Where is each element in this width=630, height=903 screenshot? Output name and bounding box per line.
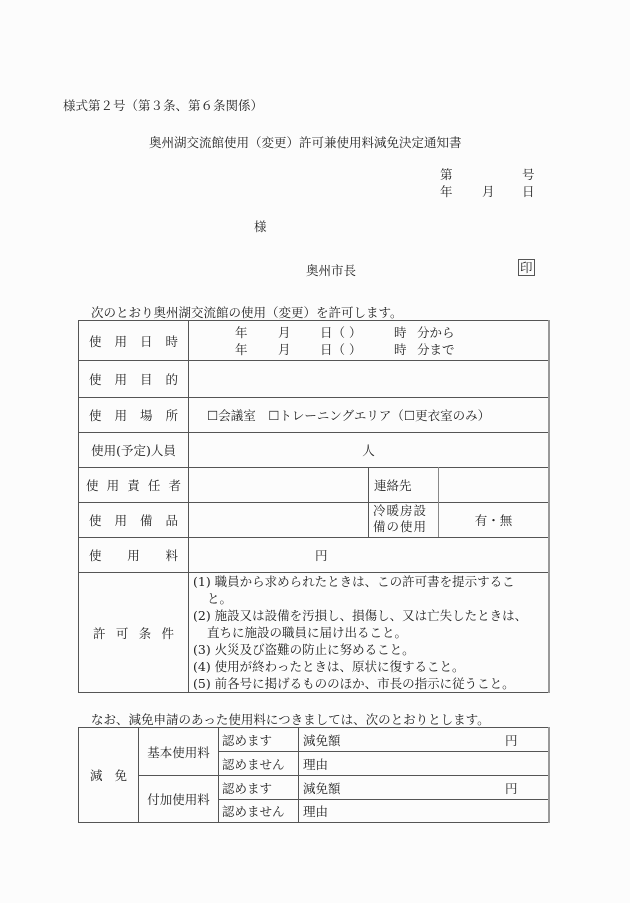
- label-additional-fee: 付加使用料: [139, 776, 218, 822]
- hvac-usage-choice[interactable]: 有・無: [439, 503, 548, 537]
- end-day[interactable]: 日（ ）: [320, 340, 361, 358]
- permit-conditions-list: (1) 職員から求められたときは、この許可書を提示するこ と。 (2) 施設又は…: [193, 573, 548, 692]
- label-hvac-usage: 冷暖房設 備の使用: [373, 503, 427, 535]
- additional-fee-reason-label: 理由: [303, 800, 543, 822]
- condition-2-cont: 直ちに施設の職員に届け出ること。: [193, 624, 548, 641]
- label-responsible-person: 使用責任者: [79, 468, 188, 502]
- start-day[interactable]: 日（ ）: [320, 323, 361, 341]
- basic-fee-yen-unit: 円: [505, 728, 525, 751]
- end-month[interactable]: 月: [278, 340, 291, 358]
- label-basic-fee: 基本使用料: [139, 728, 218, 775]
- date-year: 年: [440, 182, 453, 200]
- label-contact: 連絡先: [369, 468, 438, 502]
- recipient-suffix: 様: [254, 217, 267, 235]
- label-planned-headcount: 使用(予定)人員: [79, 433, 188, 467]
- end-minute[interactable]: 分まで: [417, 340, 455, 358]
- contact-field[interactable]: [439, 468, 548, 502]
- issuer: 奥州市長: [306, 261, 356, 279]
- end-year[interactable]: 年: [235, 340, 248, 358]
- label-usage-datetime: 使用日時: [79, 321, 188, 360]
- planned-headcount-field[interactable]: 人: [189, 433, 548, 467]
- condition-1: (1) 職員から求められたときは、この許可書を提示するこ: [193, 573, 548, 590]
- basic-fee-deny[interactable]: 認めません: [222, 752, 298, 775]
- form-number: 様式第２号（第３条、第６条関係）: [63, 96, 263, 114]
- label-permit-conditions: 許可条件: [79, 573, 188, 692]
- label-usage-location: 使用場所: [79, 398, 188, 432]
- start-year[interactable]: 年: [235, 323, 248, 341]
- seal-mark: 印: [518, 259, 535, 276]
- basic-fee-reduction-amount-label: 減免額: [303, 728, 503, 751]
- condition-1-cont: と。: [193, 590, 548, 607]
- number-prefix: 第: [440, 165, 453, 183]
- reduction-intro: なお、減免申請のあった使用料につきましては、次のとおりとします。: [91, 710, 490, 728]
- date-month: 月: [482, 182, 495, 200]
- condition-4: (4) 使用が終わったときは、原状に復すること。: [193, 658, 548, 675]
- number-suffix: 号: [522, 165, 535, 183]
- additional-fee-reduction-amount-label: 減免額: [303, 776, 503, 799]
- date-day: 日: [522, 182, 535, 200]
- document-title: 奥州湖交流館使用（変更）許可兼使用料減免決定通知書: [149, 133, 462, 151]
- usage-purpose-field[interactable]: [189, 361, 548, 397]
- intro-text: 次のとおり奥州湖交流館の使用（変更）を許可します。: [91, 303, 403, 321]
- additional-fee-approve[interactable]: 認めます: [222, 776, 298, 799]
- start-hour[interactable]: 時: [394, 323, 407, 341]
- label-usage-purpose: 使用目的: [79, 361, 188, 397]
- additional-fee-deny[interactable]: 認めません: [222, 800, 298, 822]
- additional-fee-yen-unit: 円: [505, 776, 525, 799]
- basic-fee-approve[interactable]: 認めます: [222, 728, 298, 751]
- usage-location-options[interactable]: ☐会議室 ☐トレーニングエリア（☐更衣室のみ）: [189, 398, 548, 432]
- label-reduction: 減免: [79, 728, 138, 822]
- start-minute[interactable]: 分から: [417, 323, 455, 341]
- responsible-person-field[interactable]: [189, 468, 368, 502]
- condition-5: (5) 前各号に掲げるもののほか、市長の指示に従うこと。: [193, 675, 548, 692]
- label-usage-fee: 使用料: [79, 538, 188, 572]
- condition-2: (2) 施設又は設備を汚損し、損傷し、又は亡失したときは、: [193, 607, 548, 624]
- usage-fee-field[interactable]: 円: [189, 538, 548, 572]
- label-equipment: 使用備品: [79, 503, 188, 537]
- condition-3: (3) 火災及び盗難の防止に努めること。: [193, 641, 548, 658]
- end-hour[interactable]: 時: [394, 340, 407, 358]
- basic-fee-reason-label: 理由: [303, 752, 543, 775]
- equipment-field[interactable]: [189, 503, 368, 537]
- start-month[interactable]: 月: [278, 323, 291, 341]
